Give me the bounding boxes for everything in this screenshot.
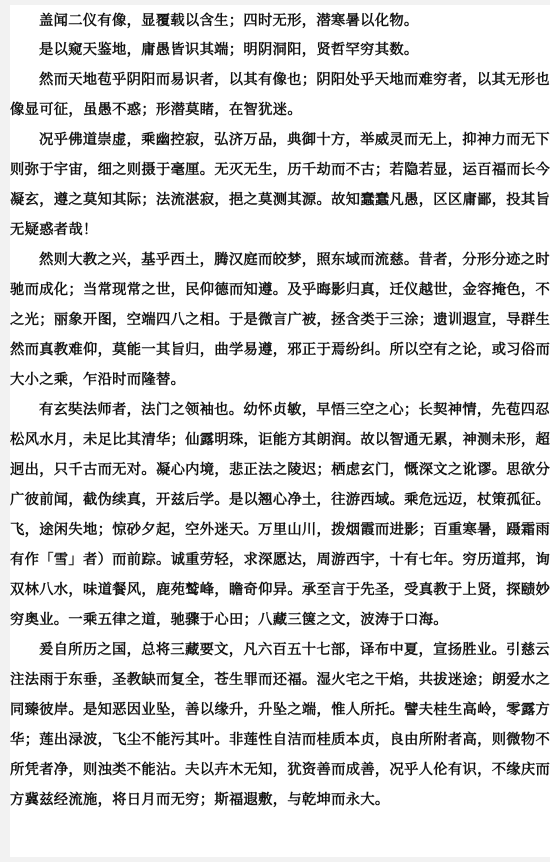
text-line: 有作「雪」者）而前踪。诚重劳轻，求深愿达，周游西宇，十有七年。穷历道邦，询求正 (10, 551, 550, 569)
text-line: 是以窥天鉴地，庸愚皆识其端；明阴洞阳，贤哲罕穷其数。 (39, 41, 419, 59)
text-line: 方冀兹经流施，将日月而无穷；斯福遐敷，与乾坤而永大。 (10, 791, 390, 809)
text-line: 穷奥业。一乘五律之道，驰骤于心田；八藏三箧之文，波涛于口海。 (10, 611, 448, 629)
text-line: 像显可征，虽愚不惑；形潜莫睹，在智犹迷。 (10, 101, 302, 119)
text-line: 广彼前闻，截伪续真，开兹后学。是以翘心净土，往游西域。乘危远迈，杖策孤征。积 (10, 491, 550, 509)
text-line: 盖闻二仪有像，显覆载以含生；四时无形，潜寒暑以化物。 (39, 12, 419, 30)
document-page: 盖闻二仪有像，显覆载以含生；四时无形，潜寒暑以化物。是以窥天鉴地，庸愚皆识其端；… (10, 5, 550, 857)
text-line: 华；莲出渌波，飞尘不能污其叶。非莲性自洁而桂质本贞，良由所附者高，则微物不 (10, 731, 550, 749)
text-line: 大小之乘，乍沿时而隆替。 (10, 371, 185, 389)
text-line: 然而天地苞乎阴阳而易识者，以其有像也；阴阳处乎天地而难穷者，以其无形也。 (39, 71, 550, 89)
text-line: 爰自所历之国，总将三藏要文，凡六百五十七部，译布中夏，宣扬胜业。引慈云于西 (39, 641, 550, 659)
text-line: 有玄奘法师者，法门之领袖也。幼怀贞敏，早悟三空之心；长契神情，先苞四忍之 (39, 401, 550, 419)
text-line: 注法雨于东垂，圣教缺而复全，苍生罪而还福。湿火宅之干焰，共拔迷途；朗爱水之 (10, 671, 550, 689)
text-line: 然则大教之兴，基乎西土，腾汉庭而皎梦，照东域而流慈。昔者，分形分迹之时， (39, 251, 550, 269)
text-line: 况乎佛道崇虚，乘幽控寂，弘济万品，典御十方，举威灵而无上，抑神力而无下。 (39, 131, 550, 149)
text-line: 同臻彼岸。是知恶因业坠，善以缘升，升坠之端，惟人所托。譬夫桂生高岭，零露方得 (10, 701, 550, 719)
text-line: 迥出，只千古而无对。凝心内境，悲正法之陵迟；栖虑玄门，慨深文之讹谬。思欲分条析 (10, 461, 550, 479)
text-line: 所凭者净，则浊类不能沾。夫以卉木无知，犹资善而成善，况乎人伦有识，不缘庆而 (10, 761, 550, 779)
text-line: 然而真教难仰，莫能一其旨归，曲学易遵，邪正于焉纷纠。所以空有之论，或习俗而 (10, 341, 550, 359)
text-line: 驰而成化；当常现常之世，民仰德而知遵。及乎晦影归真，迁仪越世，金容掩色，不镜 (10, 281, 550, 299)
text-line: 松风水月，未足比其清华；仙露明珠，讵能方其朗润。故以智通无累，神测未形，超六 (10, 431, 550, 449)
text-line: 飞，途闲失地；惊砂夕起，空外迷天。万里山川，拨烟霞而进影；百重寒暑，蹑霜雨 (10, 521, 550, 539)
text-line: 双林八水，味道餐风，鹿苑鹫峰，瞻奇仰异。承至言于先圣，受真教于上贤，探赜妙门 (10, 581, 550, 599)
text-line: 则弥于宇宙，细之则摄于毫厘。无灭无生，历千劫而不古；若隐若显，运百福而长今。 (10, 161, 550, 179)
text-line: 之光；丽象开图，空端四八之相。于是微言广被，拯含类于三涂；遗训遐宣，导群生于十 (10, 311, 550, 329)
text-line: 无疑惑者哉！ (10, 221, 98, 239)
text-line: 凝玄，遵之莫知其际；法流湛寂，挹之莫测其源。故知蠢蠢凡愚，区区庸鄙，投其旨趣 (10, 191, 550, 209)
